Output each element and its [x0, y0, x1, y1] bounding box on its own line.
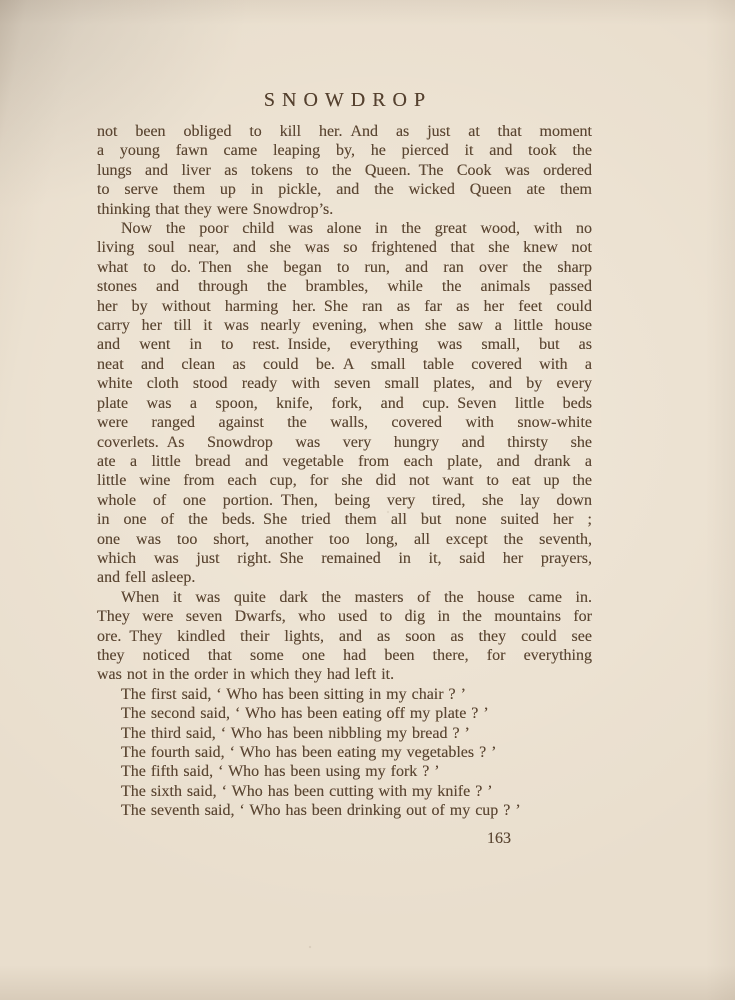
text-line: ore. They kindled their lights, and as s… — [97, 627, 592, 646]
text-line: The sixth said, ‘ Who has been cutting w… — [97, 782, 592, 801]
text-line: which was just right. She remained in it… — [97, 549, 592, 568]
text-line: one was too short, another too long, all… — [97, 530, 592, 549]
page-number: 163 — [97, 829, 592, 848]
text-line: in one of the beds. She tried them all b… — [97, 510, 592, 529]
text-line: to serve them up in pickle, and the wick… — [97, 180, 592, 199]
book-page: SNOWDROP not been obliged to kill her. A… — [0, 0, 735, 1000]
text-line: white cloth stood ready with seven small… — [97, 374, 592, 393]
text-line: Now the poor child was alone in the grea… — [97, 219, 592, 238]
text-line: living soul near, and she was so frighte… — [97, 238, 592, 257]
text-line: a young fawn came leaping by, he pierced… — [97, 141, 592, 160]
paragraph-continuation: not been obliged to kill her. And as jus… — [97, 122, 592, 219]
text-line: and went in to rest. Inside, everything … — [97, 335, 592, 354]
paragraph-dwarf-quote-3: The third said, ‘ Who has been nibbling … — [97, 724, 592, 743]
paragraph-dwarf-quote-1: The first said, ‘ Who has been sitting i… — [97, 685, 592, 704]
paragraph-forest: Now the poor child was alone in the grea… — [97, 219, 592, 588]
text-line: ate a little bread and vegetable from ea… — [97, 452, 592, 471]
text-line: carry her till it was nearly evening, wh… — [97, 316, 592, 335]
text-line: The fourth said, ‘ Who has been eating m… — [97, 743, 592, 762]
text-line: what to do. Then she began to run, and r… — [97, 258, 592, 277]
text-line: The first said, ‘ Who has been sitting i… — [97, 685, 592, 704]
text-line: The third said, ‘ Who has been nibbling … — [97, 724, 592, 743]
paragraph-dwarf-quote-7: The seventh said, ‘ Who has been drinkin… — [97, 801, 592, 820]
text-line: plate was a spoon, knife, fork, and cup.… — [97, 394, 592, 413]
paragraph-dwarf-quote-6: The sixth said, ‘ Who has been cutting w… — [97, 782, 592, 801]
text-line: and fell asleep. — [97, 568, 592, 587]
text-line: When it was quite dark the masters of th… — [97, 588, 592, 607]
text-line: The seventh said, ‘ Who has been drinkin… — [97, 801, 592, 820]
text-line: They were seven Dwarfs, who used to dig … — [97, 607, 592, 626]
page-title: SNOWDROP — [97, 88, 592, 112]
text-line: whole of one portion. Then, being very t… — [97, 491, 592, 510]
text-line: stones and through the brambles, while t… — [97, 277, 592, 296]
text-line: neat and clean as could be. A small tabl… — [97, 355, 592, 374]
text-line: lungs and liver as tokens to the Queen. … — [97, 161, 592, 180]
paragraph-dwarfs-return: When it was quite dark the masters of th… — [97, 588, 592, 685]
paragraph-dwarf-quote-4: The fourth said, ‘ Who has been eating m… — [97, 743, 592, 762]
paragraph-dwarf-quote-5: The fifth said, ‘ Who has been using my … — [97, 762, 592, 781]
text-line: The second said, ‘ Who has been eating o… — [97, 704, 592, 723]
text-line: little wine from each cup, for she did n… — [97, 471, 592, 490]
text-line: they noticed that some one had been ther… — [97, 646, 592, 665]
text-line: thinking that they were Snowdrop’s. — [97, 200, 592, 219]
text-line: coverlets. As Snowdrop was very hungry a… — [97, 433, 592, 452]
paragraph-dwarf-quote-2: The second said, ‘ Who has been eating o… — [97, 704, 592, 723]
text-block: SNOWDROP not been obliged to kill her. A… — [97, 88, 592, 848]
text-line: was not in the order in which they had l… — [97, 665, 592, 684]
text-line: her by without harming her. She ran as f… — [97, 297, 592, 316]
text-line: The fifth said, ‘ Who has been using my … — [97, 762, 592, 781]
text-line: not been obliged to kill her. And as jus… — [97, 122, 592, 141]
text-line: were ranged against the walls, covered w… — [97, 413, 592, 432]
